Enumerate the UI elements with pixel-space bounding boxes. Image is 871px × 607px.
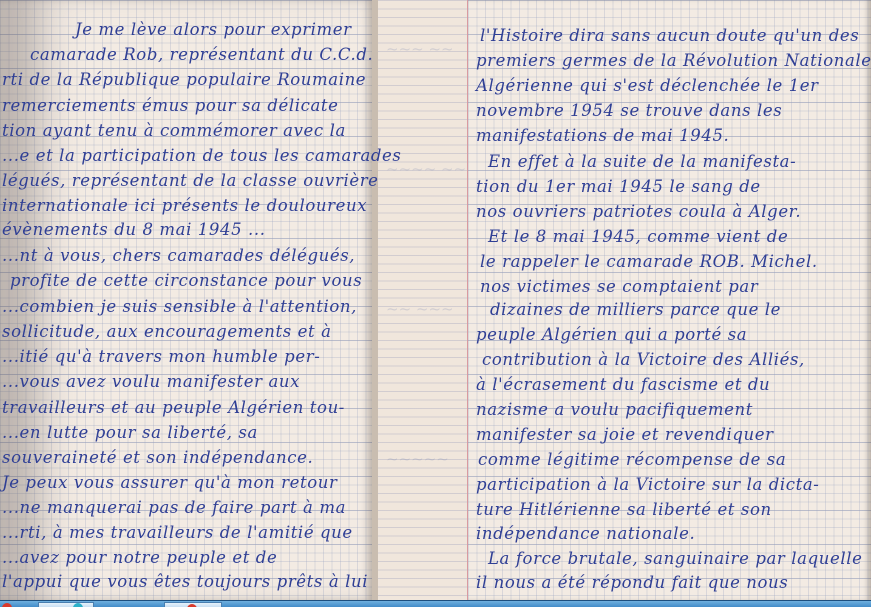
taskbar-app-2-button[interactable] (38, 602, 94, 607)
handwritten-line: nos ouvriers patriotes coula à Alger. (476, 202, 801, 221)
handwritten-line: internationale ici présents le douloureu… (2, 196, 367, 215)
taskbar-app-3-icon[interactable] (73, 603, 83, 607)
handwritten-line: ture Hitlérienne sa liberté et son (476, 500, 772, 519)
image-viewer-canvas: ~~~ ~~ ~~~~ ~~ ~~ ~~~ ~~~~~ Je me lève a… (0, 0, 871, 600)
handwritten-line: Algérienne qui s'est déclenchée le 1er (476, 76, 819, 95)
taskbar-app-1-icon[interactable] (2, 603, 12, 607)
handwritten-line: tion ayant tenu à commémorer avec la (2, 121, 346, 140)
handwritten-line: rti de la République populaire Roumaine (2, 70, 366, 89)
handwritten-line: Je peux vous assurer qu'à mon retour (2, 473, 338, 492)
handwritten-line: camarade Rob, représentant du C.C.d. (30, 45, 373, 64)
handwritten-line: légués, représentant de la classe ouvriè… (2, 171, 379, 190)
handwritten-line: l'Histoire dira sans aucun doute qu'un d… (480, 26, 859, 45)
handwritten-line: manifester sa joie et revendiquer (476, 425, 774, 444)
handwritten-line: ...vous avez voulu manifester aux (2, 372, 300, 391)
handwritten-line: peuple Algérien qui a porté sa (476, 325, 747, 344)
bleed-through-text: ~~ ~~~ (386, 300, 454, 318)
handwritten-line: sollicitude, aux encouragements et à (2, 322, 332, 341)
handwritten-line: Et le 8 mai 1945, comme vient de (488, 227, 788, 246)
handwritten-line: contribution à la Victoire des Alliés, (482, 350, 805, 369)
handwritten-line: ...nt à vous, chers camarades délégués, (2, 246, 355, 265)
handwritten-line: profite de cette circonstance pour vous (10, 271, 362, 290)
handwritten-line: l'appui que vous êtes toujours prêts à l… (2, 572, 368, 591)
handwritten-line: Je me lève alors pour exprimer (75, 20, 352, 39)
handwritten-line: ...ne manquerai pas de faire part à ma (2, 498, 346, 517)
handwritten-line: indépendance nationale. (476, 524, 695, 543)
handwritten-line: il nous a été répondu fait que nous (476, 573, 788, 592)
handwritten-line: nos victimes se comptaient par (480, 277, 758, 296)
handwritten-line: manifestations de mai 1945. (476, 126, 729, 145)
handwritten-line: le rappeler le camarade ROB. Michel. (480, 252, 818, 271)
handwritten-line: travailleurs et au peuple Algérien tou- (2, 398, 345, 417)
handwritten-line: dizaines de milliers parce que le (490, 300, 781, 319)
handwritten-line: ...e et la participation de tous les cam… (2, 146, 401, 165)
taskbar-app-4-button[interactable] (164, 602, 222, 607)
handwritten-line: ...en lutte pour sa liberté, sa (2, 423, 258, 442)
handwritten-line: à l'écrasement du fascisme et du (476, 375, 770, 394)
handwritten-line: ...rti, à mes travailleurs de l'amitié q… (2, 523, 353, 542)
handwritten-line: En effet à la suite de la manifesta- (488, 152, 796, 171)
handwritten-line: La force brutale, sanguinaire par laquel… (488, 549, 862, 568)
bleed-through-text: ~~~~~ (386, 450, 449, 468)
handwritten-line: évènements du 8 mai 1945 ... (2, 220, 266, 239)
notebook-underlying-page: ~~~ ~~ ~~~~ ~~ ~~ ~~~ ~~~~~ (378, 0, 468, 600)
taskbar (0, 600, 871, 607)
handwritten-line: ...avez pour notre peuple et de (2, 548, 277, 567)
handwritten-line: nazisme a voulu pacifiquement (476, 400, 753, 419)
handwritten-line: ...itié qu'à travers mon humble per- (2, 347, 320, 366)
handwritten-line: novembre 1954 se trouve dans les (476, 101, 782, 120)
bleed-through-text: ~~~ ~~ (386, 40, 454, 58)
handwritten-line: remerciements émus pour sa délicate (2, 96, 339, 115)
handwritten-line: ...combien je suis sensible à l'attentio… (2, 297, 357, 316)
handwritten-line: participation à la Victoire sur la dicta… (476, 475, 819, 494)
handwritten-line: comme légitime récompense de sa (478, 450, 786, 469)
handwritten-line: premiers germes de la Révolution Nationa… (476, 51, 871, 70)
handwritten-line: souveraineté et son indépendance. (2, 448, 313, 467)
handwritten-line: tion du 1er mai 1945 le sang de (476, 177, 761, 196)
